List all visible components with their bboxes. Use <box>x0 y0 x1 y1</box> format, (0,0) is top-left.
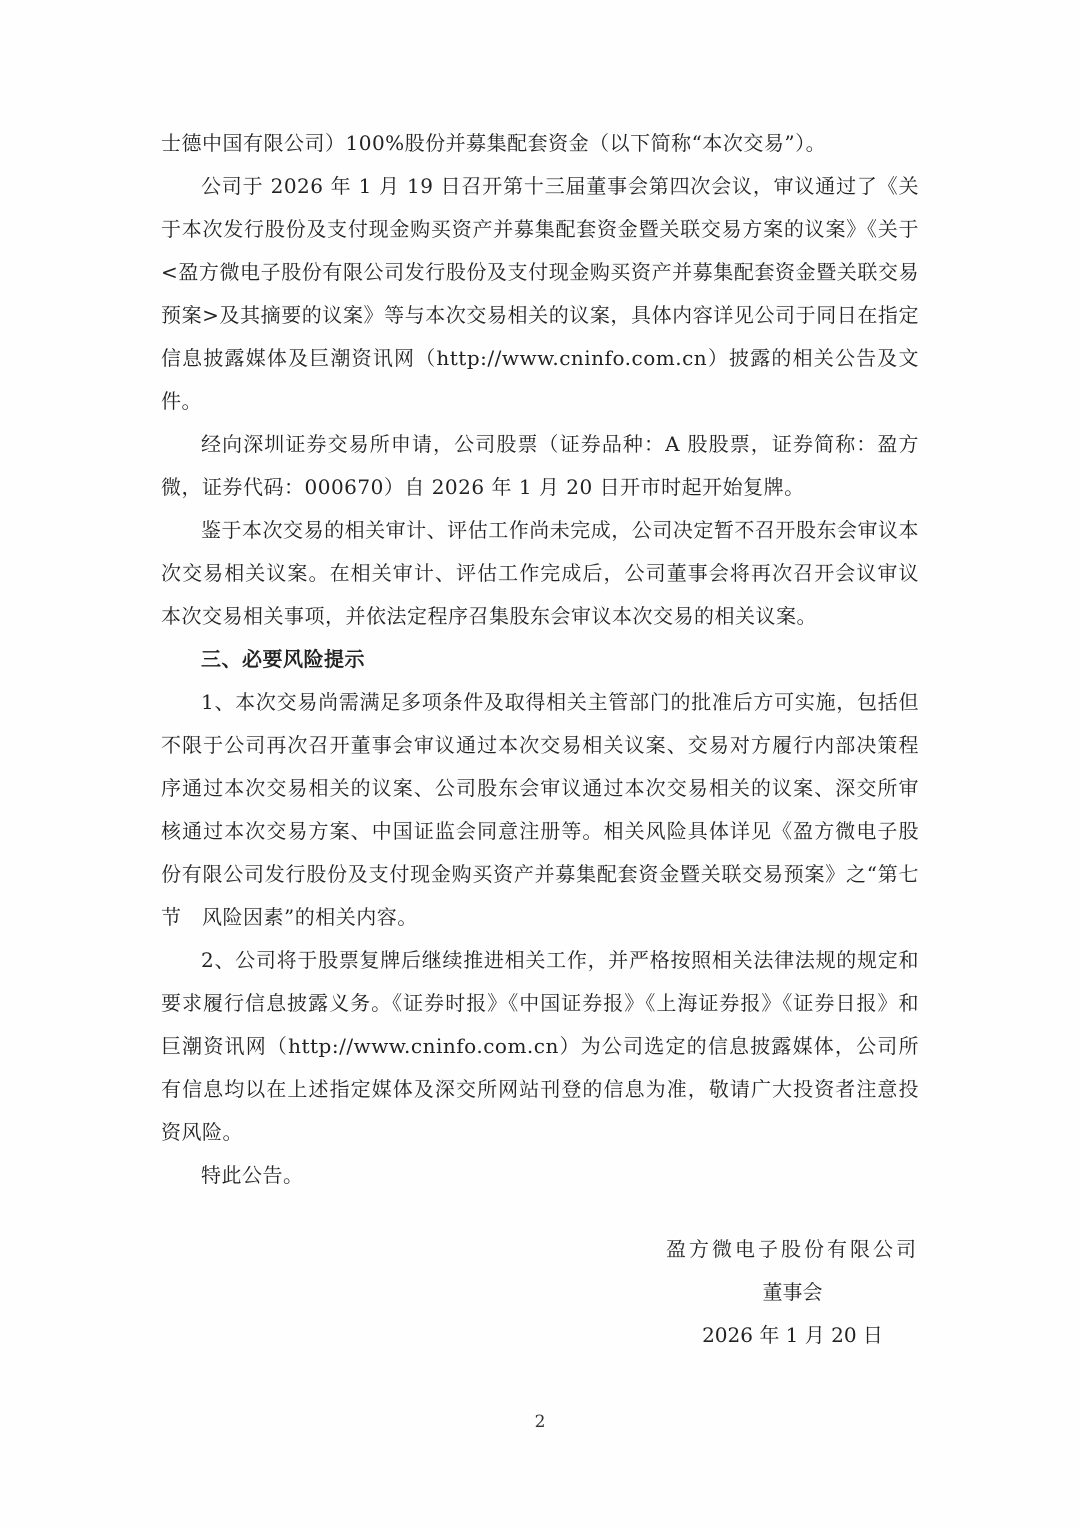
paragraphs-container: 士德中国有限公司）100%股份并募集配套资金（以下简称“本次交易”）。公司于 2… <box>161 122 919 1197</box>
paragraph: 2、公司将于股票复牌后继续推进相关工作，并严格按照相关法律法规的规定和要求履行信… <box>161 939 919 1154</box>
paragraph: 公司于 2026 年 1 月 19 日召开第十三届董事会第四次会议，审议通过了《… <box>161 165 919 423</box>
document-content: 士德中国有限公司）100%股份并募集配套资金（以下简称“本次交易”）。公司于 2… <box>161 122 919 1357</box>
paragraph: 鉴于本次交易的相关审计、评估工作尚未完成，公司决定暂不召开股东会审议本次交易相关… <box>161 509 919 638</box>
signature-board: 董事会 <box>666 1271 919 1314</box>
page-number: 2 <box>0 1412 1080 1432</box>
paragraph: 经向深圳证券交易所申请，公司股票（证券品种：A 股股票，证券简称：盈方微，证券代… <box>161 423 919 509</box>
paragraph: 1、本次交易尚需满足多项条件及取得相关主管部门的批准后方可实施，包括但不限于公司… <box>161 681 919 939</box>
document-page: 士德中国有限公司）100%股份并募集配套资金（以下简称“本次交易”）。公司于 2… <box>0 0 1080 1527</box>
signature-company: 盈方微电子股份有限公司 <box>666 1228 919 1271</box>
paragraph: 士德中国有限公司）100%股份并募集配套资金（以下简称“本次交易”）。 <box>161 122 919 165</box>
signature-date: 2026 年 1 月 20 日 <box>666 1314 919 1357</box>
signature-block: 盈方微电子股份有限公司 董事会 2026 年 1 月 20 日 <box>666 1228 919 1357</box>
paragraph: 特此公告。 <box>161 1154 919 1197</box>
section-heading: 三、必要风险提示 <box>161 638 919 681</box>
